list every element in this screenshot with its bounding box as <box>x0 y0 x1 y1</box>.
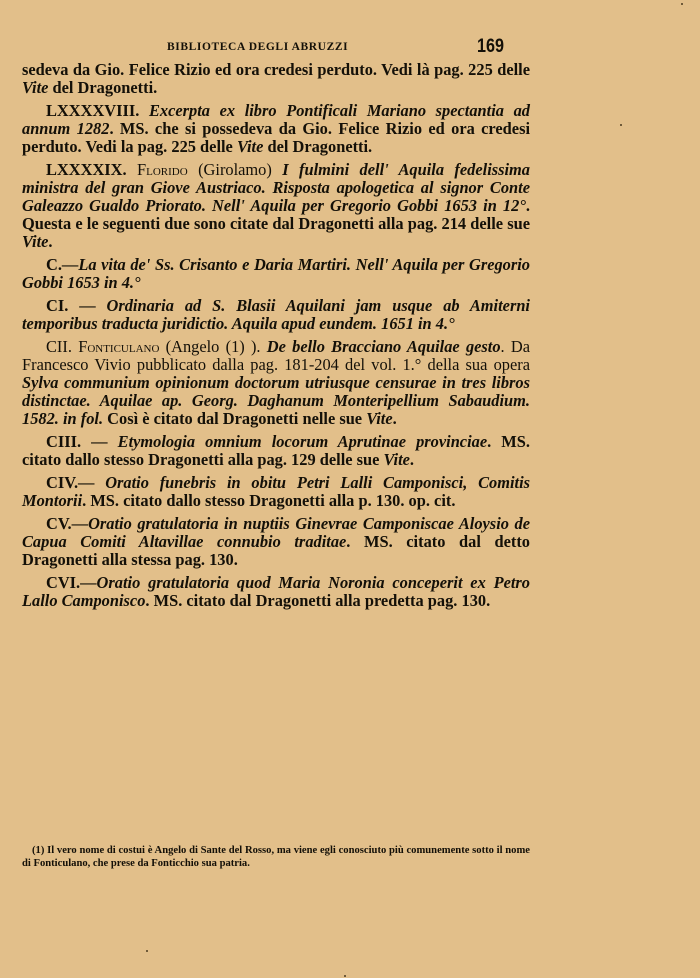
text-run-roman: . MS. citato dal Dragonetti alla predett… <box>145 591 490 610</box>
text-run-smallcaps: Fonticulano <box>78 337 159 356</box>
text-run-light: (Angelo (1) ). <box>159 337 266 356</box>
text-run-roman: . <box>410 450 414 469</box>
text-run-roman: CVI.— <box>46 573 97 592</box>
text-run-roman: . <box>48 232 52 251</box>
entry-lxxxxviii: LXXXXVIII. Excerpta ex libro Pontificali… <box>22 102 530 156</box>
text-run-light: (Girolamo) <box>188 160 283 179</box>
text-run-smallcaps: Florido <box>137 160 188 179</box>
text-run-roman: Così è citato dal Dragonetti nelle sue <box>103 409 366 428</box>
page-number: 169 <box>477 36 504 58</box>
entry-lxxxxix: LXXXXIX. Florido (Girolamo) I fulmini de… <box>22 161 530 251</box>
footnote-text: Il vero nome di costui è Angelo di Sante… <box>22 845 530 869</box>
footnote: (1) Il vero nome di costui è Angelo di S… <box>22 845 530 870</box>
text-run-italic: Vite <box>383 450 409 469</box>
text-run-italic: La vita de' Ss. Crisanto e Daria Martiri… <box>22 255 530 292</box>
text-run-roman: LXXXXVIII. <box>46 101 149 120</box>
text-run-roman: CI. — <box>46 296 107 315</box>
text-run-roman: sedeva da Gio. Felice Rizio ed ora crede… <box>22 60 530 79</box>
entry-cii: CII. Fonticulano (Angelo (1) ). De bello… <box>22 338 530 428</box>
text-run-roman: del Dragonetti. <box>48 78 157 97</box>
text-run-roman: C.— <box>46 255 78 274</box>
entry-civ: CIV.— Oratio funebris in obitu Petri Lal… <box>22 474 530 510</box>
text-run-italic: Vite <box>237 137 263 156</box>
running-head: BIBLIOTECA DEGLI ABRUZZI 169 <box>22 38 530 58</box>
entry-cv: CV.—Oratio gratulatoria in nuptiis Ginev… <box>22 515 530 569</box>
text-run-italic: Vite <box>22 78 48 97</box>
text-run-roman: del Dragonetti. <box>263 137 372 156</box>
entry-c: C.—La vita de' Ss. Crisanto e Daria Mart… <box>22 256 530 292</box>
entry-ciii: CIII. — Etymologia omnium locorum Apruti… <box>22 433 530 469</box>
text-run-roman: . <box>393 409 397 428</box>
scan-speck <box>681 3 683 5</box>
text-run-italic: Vite <box>366 409 392 428</box>
scan-speck <box>146 950 148 952</box>
text-run-light: CII. <box>46 337 78 356</box>
text-run-roman: CIII. — <box>46 432 118 451</box>
running-title: BIBLIOTECA DEGLI ABRUZZI <box>167 41 348 53</box>
text-run-italic: Vite <box>22 232 48 251</box>
text-run-roman: . MS. citato dallo stesso Dragonetti all… <box>82 491 455 510</box>
entry-ci: CI. — Ordinaria ad S. Blasii Aquilani ja… <box>22 297 530 333</box>
text-run-roman: CV.— <box>46 514 88 533</box>
footnote-marker: (1) <box>32 845 44 856</box>
entry-cvi: CVI.—Oratio gratulatoria quod Maria Noro… <box>22 574 530 610</box>
text-run-italic: De bello Bracciano Aquilae gesto <box>267 337 501 356</box>
text-run-roman: CIV.— <box>46 473 105 492</box>
text-run-italic: Etymologia omnium locorum Aprutinae prov… <box>118 432 487 451</box>
body-text: sedeva da Gio. Felice Rizio ed ora crede… <box>22 61 530 615</box>
scan-speck <box>344 975 346 977</box>
entry-continuation: sedeva da Gio. Felice Rizio ed ora crede… <box>22 61 530 97</box>
text-run-roman: LXXXXIX. <box>46 160 137 179</box>
scan-speck <box>620 124 622 126</box>
